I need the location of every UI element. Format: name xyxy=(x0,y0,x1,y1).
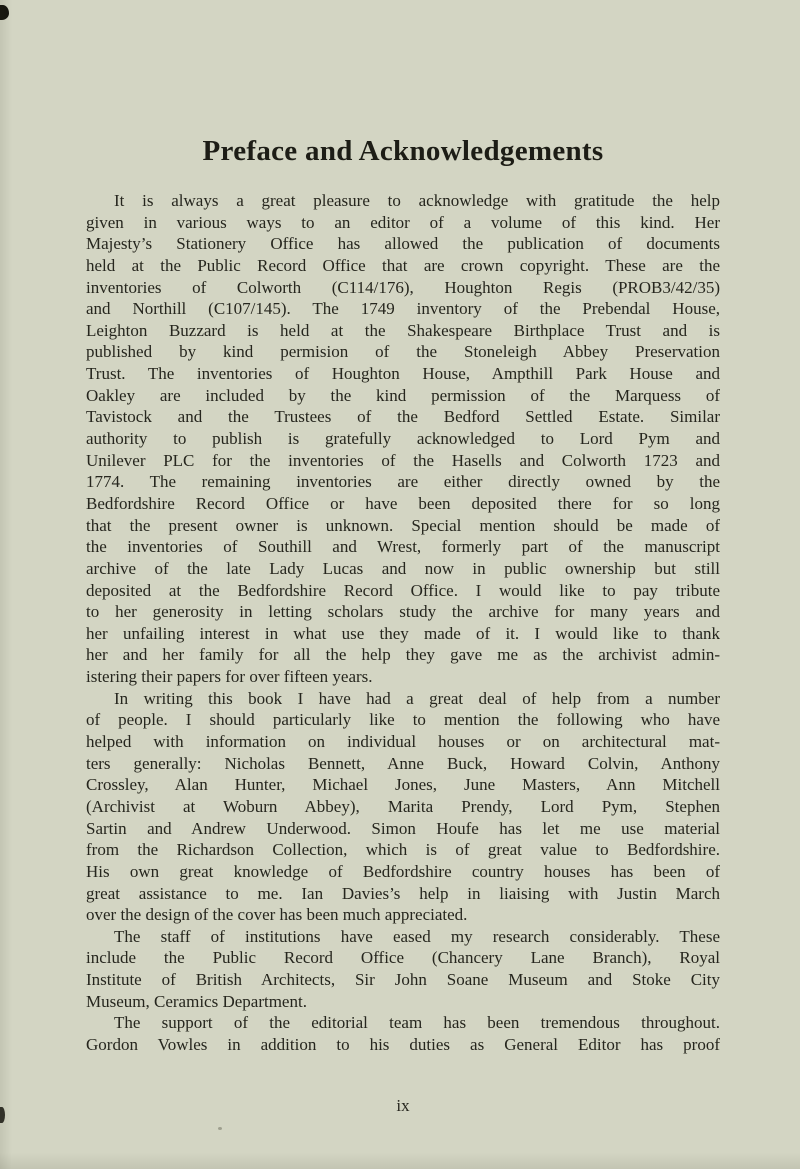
text-line: Museum, Ceramics Department. xyxy=(86,991,720,1013)
text-line: held at the Public Record Office that ar… xyxy=(86,255,720,277)
page-title: Preface and Acknowledgements xyxy=(86,134,720,168)
paragraph: In writing this book I have had a great … xyxy=(86,688,720,926)
paragraph: It is always a great pleasure to acknowl… xyxy=(86,190,720,688)
text-line: Oakley are included by the kind permissi… xyxy=(86,385,720,407)
text-line: Majesty’s Stationery Office has allowed … xyxy=(86,233,720,255)
text-line: Bedfordshire Record Office or have been … xyxy=(86,493,720,515)
text-line: authority to publish is gratefully ackno… xyxy=(86,428,720,450)
text-line: 1774. The remaining inventories are eith… xyxy=(86,471,720,493)
text-line: In writing this book I have had a great … xyxy=(86,688,720,710)
text-line: archive of the late Lady Lucas and now i… xyxy=(86,558,720,580)
book-page: Preface and Acknowledgements It is alway… xyxy=(0,0,800,1169)
scan-artifact-top-left xyxy=(0,5,9,20)
text-line: inventories of Colworth (C114/176), Houg… xyxy=(86,277,720,299)
text-line: her unfailing interest in what use they … xyxy=(86,623,720,645)
scan-artifact-dot xyxy=(218,1127,222,1130)
text-line: (Archivist at Woburn Abbey), Marita Pren… xyxy=(86,796,720,818)
text-line: to her generosity in letting scholars st… xyxy=(86,601,720,623)
text-line: Institute of British Architects, Sir Joh… xyxy=(86,969,720,991)
text-line: His own great knowledge of Bedfordshire … xyxy=(86,861,720,883)
text-line: over the design of the cover has been mu… xyxy=(86,904,720,926)
text-line: and Northill (C107/145). The 1749 invent… xyxy=(86,298,720,320)
text-line: the inventories of Southill and Wrest, f… xyxy=(86,536,720,558)
text-line: istering their papers for over fifteen y… xyxy=(86,666,720,688)
text-line: Crossley, Alan Hunter, Michael Jones, Ju… xyxy=(86,774,720,796)
text-line: The support of the editorial team has be… xyxy=(86,1012,720,1034)
paragraph: The staff of institutions have eased my … xyxy=(86,926,720,1013)
text-line: from the Richardson Collection, which is… xyxy=(86,839,720,861)
text-line: Tavistock and the Trustees of the Bedfor… xyxy=(86,406,720,428)
page-body: Preface and Acknowledgements It is alway… xyxy=(86,134,720,1056)
text-line: Leighton Buzzard is held at the Shakespe… xyxy=(86,320,720,342)
text-line: great assistance to me. Ian Davies’s hel… xyxy=(86,883,720,905)
paragraphs-container: It is always a great pleasure to acknowl… xyxy=(86,190,720,1056)
text-line: deposited at the Bedfordshire Record Off… xyxy=(86,580,720,602)
text-line: Trust. The inventories of Houghton House… xyxy=(86,363,720,385)
text-line: given in various ways to an editor of a … xyxy=(86,212,720,234)
text-line: of people. I should particularly like to… xyxy=(86,709,720,731)
text-line: published by kind permision of the Stone… xyxy=(86,341,720,363)
text-line: that the present owner is unknown. Speci… xyxy=(86,515,720,537)
text-line: It is always a great pleasure to acknowl… xyxy=(86,190,720,212)
text-line: helped with information on individual ho… xyxy=(86,731,720,753)
text-line: Gordon Vowles in addition to his duties … xyxy=(86,1034,720,1056)
text-line: Sartin and Andrew Underwood. Simon Houfe… xyxy=(86,818,720,840)
scan-artifact-bottom-left xyxy=(0,1107,5,1123)
text-line: Unilever PLC for the inventories of the … xyxy=(86,450,720,472)
page-number: ix xyxy=(86,1096,720,1116)
text-line: The staff of institutions have eased my … xyxy=(86,926,720,948)
paragraph: The support of the editorial team has be… xyxy=(86,1012,720,1055)
text-line: her and her family for all the help they… xyxy=(86,644,720,666)
text-line: include the Public Record Office (Chance… xyxy=(86,947,720,969)
text-line: ters generally: Nicholas Bennett, Anne B… xyxy=(86,753,720,775)
